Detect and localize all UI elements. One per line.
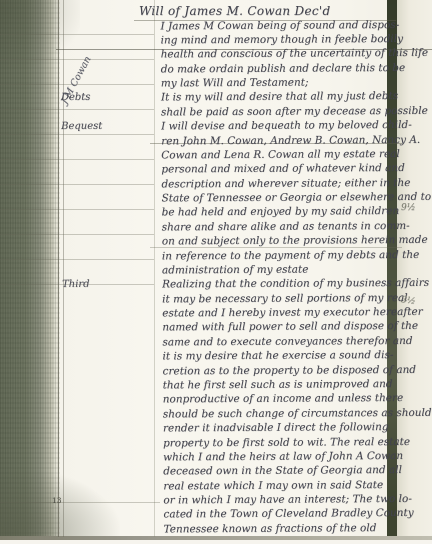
line-text: render it inadvisable I direct the follo… — [163, 421, 389, 434]
margin-note — [63, 466, 163, 479]
line-text: named with full power to sell and dispos… — [162, 320, 418, 334]
margin-note — [62, 236, 162, 249]
line-text: administration of my estate — [162, 263, 308, 276]
manuscript-line: real estate which I may own in said Stat… — [63, 479, 399, 493]
manuscript-line: BequestI will devise and bequeath to my … — [61, 119, 397, 133]
line-text: be had held and enjoyed by my said child… — [162, 205, 400, 218]
line-text: share and share alike and as tenants in … — [162, 220, 410, 234]
line-text: shall be paid as soon after my decease a… — [161, 105, 428, 119]
line-text: or in which I may have an interest; The … — [163, 493, 412, 507]
line-text: nonproductive of an income and unless th… — [163, 392, 404, 405]
margin-note — [62, 322, 162, 335]
margin-note — [61, 63, 161, 76]
margin-note — [61, 135, 161, 148]
pencil-mark: 9½ — [401, 203, 415, 213]
line-text: Tennessee known as fractions of the old — [164, 522, 377, 535]
margin-note — [62, 293, 162, 306]
manuscript-line: or in which I may have an interest; The … — [63, 493, 399, 507]
margin-note — [61, 106, 161, 119]
ruled-line-vertical — [58, 0, 59, 537]
line-text: should be such change of circumstances a… — [163, 407, 432, 421]
line-text: ing mind and memory though in feeble bod… — [161, 33, 404, 46]
margin-note — [63, 394, 163, 407]
margin-note: Third — [62, 279, 162, 292]
line-text: I will devise and bequeath to my beloved… — [161, 119, 412, 133]
manuscript-line: should be such change of circumstances a… — [63, 407, 399, 421]
manuscript-line: personal and mixed and of whatever kind … — [61, 162, 397, 176]
line-text: that he first sell such as is unimproved… — [163, 378, 393, 391]
margin-note — [62, 221, 162, 234]
margin-note — [62, 336, 162, 349]
manuscript-line: description and wherever situate; either… — [61, 177, 397, 191]
margin-note — [64, 523, 164, 536]
line-text: my last Will and Testament; — [161, 77, 309, 90]
margin-note — [63, 408, 163, 421]
manuscript-line: in reference to the payment of my debts … — [62, 249, 398, 263]
line-text: Cowan and Lena R. Cowan all my estate re… — [161, 148, 400, 161]
margin-note — [62, 250, 162, 263]
manuscript-line: do make ordain publish and declare this … — [61, 62, 397, 76]
line-text: same and to execute conveyances therefor… — [162, 335, 412, 349]
margin-note — [63, 379, 163, 392]
margin-note — [61, 178, 161, 191]
line-text: State of Tennessee or Georgia or elsewhe… — [162, 191, 432, 205]
margin-note — [63, 451, 163, 464]
will-body: I James M Cowan being of sound and dispo… — [60, 0, 403, 544]
manuscript-line: render it inadvisable I direct the follo… — [63, 421, 399, 435]
line-text: it may be necessary to sell portions of … — [162, 292, 408, 305]
line-text: It is my will and desire that all my jus… — [161, 90, 398, 103]
line-text: cretion as to the property to be dispose… — [163, 363, 416, 377]
line-text: which I and the heirs at law of John A C… — [163, 450, 403, 463]
manuscript-line: deceased own in the State of Georgia and… — [63, 464, 399, 478]
manuscript-line: it may be necessary to sell portions of … — [62, 292, 398, 306]
manuscript-line: be had held and enjoyed by my said child… — [62, 205, 398, 219]
manuscript-line: nonproductive of an income and unless th… — [63, 392, 399, 406]
line-text: Realizing that the condition of my busin… — [162, 277, 429, 291]
margin-note: Bequest — [61, 121, 161, 134]
manuscript-line: ren John M. Cowan, Andrew B. Cowan, Nanc… — [61, 134, 397, 148]
margin-note — [63, 365, 163, 378]
line-text: deceased own in the State of Georgia and… — [163, 464, 402, 477]
manuscript-line: State of Tennessee or Georgia or elsewhe… — [62, 191, 398, 205]
line-text: description and wherever situate; either… — [161, 177, 410, 191]
line-text: health and conscious of the uncertainty … — [161, 47, 429, 61]
manuscript-line: cretion as to the property to be dispose… — [63, 364, 399, 378]
line-text: do make ordain publish and declare this … — [161, 62, 405, 75]
margin-figure: 13 — [52, 496, 62, 505]
line-text: ren John M. Cowan, Andrew B. Cowan, Nanc… — [161, 133, 420, 147]
margin-note: Debts — [61, 92, 161, 105]
line-text: property to be first sold to wit. The re… — [163, 435, 410, 449]
margin-note — [63, 437, 163, 450]
line-text: personal and mixed and of whatever kind … — [161, 162, 405, 175]
line-text: on and subject only to the provisions he… — [162, 234, 428, 248]
margin-note — [61, 77, 161, 90]
margin-note — [61, 49, 161, 62]
margin-note — [62, 351, 162, 364]
line-text: I James M Cowan being of sound and dispo… — [160, 18, 399, 31]
manuscript-line: shall be paid as soon after my decease a… — [61, 105, 397, 119]
margin-note — [61, 34, 161, 47]
margin-note — [63, 423, 163, 436]
margin-note — [62, 264, 162, 277]
margin-note — [61, 149, 161, 162]
manuscript-line: ThirdRealizing that the condition of my … — [62, 277, 398, 291]
manuscript-line: which I and the heirs at law of John A C… — [63, 450, 399, 464]
manuscript-line: health and conscious of the uncertainty … — [61, 47, 397, 61]
line-text: estate and I hereby invest my executor h… — [162, 306, 423, 320]
scanned-will-page: J M Cowan Will of James M. Cowan Dec'd I… — [0, 0, 432, 544]
manuscript-line: DebtsIt is my will and desire that all m… — [61, 90, 397, 104]
margin-note — [63, 494, 163, 507]
manuscript-line: my last Will and Testament; — [61, 76, 397, 90]
manuscript-line: estate and I hereby invest my executor h… — [62, 306, 398, 320]
margin-note — [62, 192, 162, 205]
line-text: in reference to the payment of my debts … — [162, 248, 419, 262]
binding-shadow — [0, 0, 60, 544]
margin-note — [62, 207, 162, 220]
manuscript-line: administration of my estate — [62, 263, 398, 277]
margin-note — [63, 480, 163, 493]
manuscript-line: property to be first sold to wit. The re… — [63, 435, 399, 449]
margin-note — [62, 308, 162, 321]
manuscript-line: on and subject only to the provisions he… — [62, 234, 398, 248]
line-text: cated in the Town of Cleveland Bradley C… — [163, 507, 413, 521]
manuscript-line: I James M Cowan being of sound and dispo… — [60, 18, 396, 32]
manuscript-line: that he first sell such as is unimproved… — [63, 378, 399, 392]
line-text: real estate which I may own in said Stat… — [163, 479, 383, 492]
manuscript-line: Cowan and Lena R. Cowan all my estate re… — [61, 148, 397, 162]
manuscript-line: it is my desire that he exercise a sound… — [62, 349, 398, 363]
margin-note — [60, 20, 160, 33]
manuscript-line: Tennessee known as fractions of the old — [64, 522, 400, 536]
pencil-mark: 3½ — [400, 295, 416, 307]
manuscript-line: cated in the Town of Cleveland Bradley C… — [63, 507, 399, 521]
manuscript-line: named with full power to sell and dispos… — [62, 320, 398, 334]
margin-note — [61, 164, 161, 177]
manuscript-line: share and share alike and as tenants in … — [62, 220, 398, 234]
manuscript-line: ing mind and memory though in feeble bod… — [61, 33, 397, 47]
line-text: it is my desire that he exercise a sound… — [162, 349, 393, 362]
margin-note — [63, 509, 163, 522]
manuscript-line: same and to execute conveyances therefor… — [62, 335, 398, 349]
